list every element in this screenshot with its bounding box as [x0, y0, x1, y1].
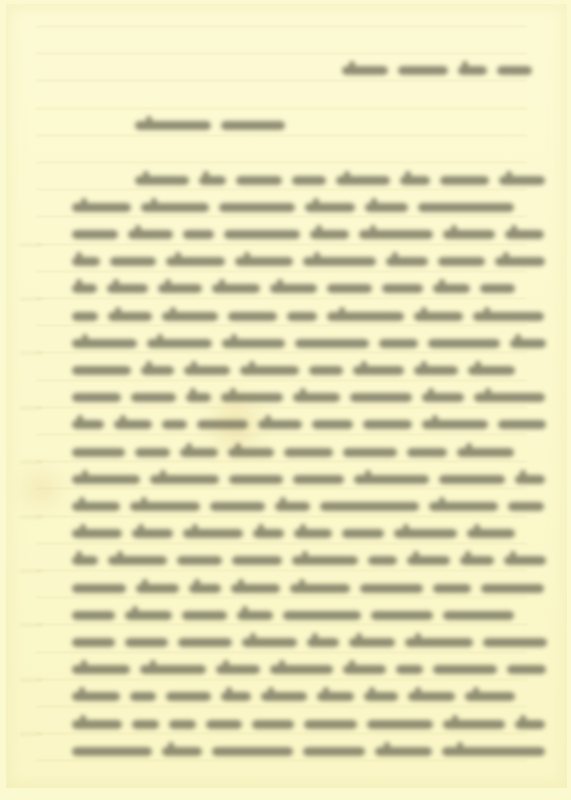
- handwritten-word: [495, 257, 545, 266]
- handwritten-word: [433, 284, 470, 293]
- handwritten-word: [293, 475, 344, 484]
- margin-mark: [20, 298, 42, 300]
- handwritten-word: [460, 556, 494, 565]
- handwritten-word: [440, 176, 489, 185]
- handwritten-word: [275, 502, 310, 511]
- handwritten-word: [294, 529, 332, 538]
- handwritten-word: [212, 747, 293, 756]
- handwritten-word: [150, 475, 219, 484]
- handwritten-word: [221, 692, 251, 701]
- margin-mark: [20, 352, 42, 354]
- handwritten-word: [147, 339, 212, 348]
- handwritten-word: [504, 556, 546, 565]
- handwritten-word: [465, 692, 515, 701]
- handwritten-word: [140, 665, 206, 674]
- handwritten-line: [illegible handwriting]: [72, 605, 514, 625]
- margin-mark: [20, 516, 42, 518]
- handwritten-word: [228, 312, 277, 321]
- handwritten-word: [231, 584, 280, 593]
- handwritten-word: [507, 665, 546, 674]
- handwritten-word: [72, 366, 131, 375]
- handwritten-line: [illegible handwriting]: [72, 741, 545, 761]
- handwritten-word: [141, 203, 209, 212]
- handwritten-word: [219, 203, 295, 212]
- handwritten-word: [365, 203, 408, 212]
- handwritten-word: [258, 420, 302, 429]
- handwritten-word: [287, 312, 317, 321]
- handwritten-word: [166, 692, 211, 701]
- handwritten-word: [189, 584, 221, 593]
- handwritten-line: [illegible handwriting]: [135, 170, 545, 190]
- handwritten-word: [206, 720, 242, 729]
- handwritten-word: [72, 475, 140, 484]
- ruling-line: [36, 26, 527, 27]
- handwritten-word: [72, 284, 97, 293]
- handwritten-word: [290, 584, 350, 593]
- handwritten-word: [429, 502, 498, 511]
- handwritten-word: [72, 529, 122, 538]
- handwritten-line: [illegible handwriting]: [72, 388, 545, 408]
- ruling-line: [36, 108, 527, 109]
- handwritten-word: [72, 584, 126, 593]
- handwritten-word: [458, 66, 487, 75]
- handwritten-word: [125, 611, 172, 620]
- handwritten-word: [303, 257, 376, 266]
- handwritten-word: [353, 366, 404, 375]
- handwritten-word: [342, 66, 388, 75]
- handwritten-line: [illegible handwriting]: [72, 360, 515, 380]
- handwritten-line: [illegible handwriting]: [72, 252, 545, 272]
- handwritten-word: [312, 420, 353, 429]
- handwritten-word: [240, 366, 299, 375]
- handwritten-word: [72, 665, 130, 674]
- handwritten-line: [illegible handwriting]: [72, 469, 545, 489]
- handwritten-word: [303, 747, 365, 756]
- margin-mark: [20, 570, 42, 572]
- handwritten-word: [307, 638, 339, 647]
- handwritten-word: [498, 420, 546, 429]
- handwritten-word: [197, 420, 248, 429]
- handwritten-word: [162, 747, 202, 756]
- handwritten-word: [418, 203, 514, 212]
- ruling-line: [36, 162, 527, 163]
- handwritten-word: [162, 312, 218, 321]
- handwritten-word: [210, 502, 265, 511]
- handwritten-word: [394, 529, 457, 538]
- handwritten-word: [327, 312, 404, 321]
- handwritten-word: [131, 393, 176, 402]
- handwritten-word: [396, 665, 423, 674]
- paper-stain: [26, 474, 56, 504]
- handwritten-word: [508, 502, 544, 511]
- margin-mark: [20, 244, 42, 246]
- ruling-line: [36, 80, 527, 81]
- handwritten-word: [72, 312, 98, 321]
- handwritten-word: [110, 257, 156, 266]
- handwritten-line: [illegible handwriting]: [72, 306, 544, 326]
- handwritten-word: [407, 556, 450, 565]
- handwritten-word: [305, 203, 355, 212]
- handwritten-word: [443, 611, 514, 620]
- handwritten-word: [72, 339, 137, 348]
- handwritten-word: [135, 448, 170, 457]
- handwritten-word: [128, 230, 173, 239]
- handwritten-line: [illegible handwriting]: [72, 551, 546, 571]
- handwritten-word: [320, 502, 419, 511]
- handwritten-word: [132, 529, 173, 538]
- handwritten-word: [433, 584, 471, 593]
- handwritten-word: [72, 638, 115, 647]
- handwritten-word: [407, 448, 447, 457]
- handwritten-line: [illegible handwriting]: [72, 415, 546, 435]
- handwritten-word: [295, 339, 369, 348]
- handwritten-line: [illegible handwriting]: [72, 279, 515, 299]
- handwritten-word: [242, 638, 297, 647]
- handwritten-word: [379, 339, 418, 348]
- margin-mark: [20, 407, 42, 409]
- handwritten-word: [162, 420, 187, 429]
- handwritten-word: [72, 448, 125, 457]
- handwritten-word: [261, 692, 307, 701]
- handwritten-word: [386, 257, 428, 266]
- handwritten-word: [72, 720, 122, 729]
- handwritten-word: [354, 475, 429, 484]
- handwritten-line: [illegible handwriting]: [72, 496, 544, 516]
- handwritten-word: [158, 284, 202, 293]
- handwritten-word: [515, 475, 545, 484]
- handwritten-line: [illegible handwriting]: [72, 197, 514, 217]
- handwritten-word: [221, 121, 285, 130]
- handwritten-word: [72, 393, 121, 402]
- handwritten-word: [252, 720, 294, 729]
- handwritten-word: [371, 611, 433, 620]
- handwritten-word: [497, 66, 532, 75]
- handwritten-word: [480, 284, 515, 293]
- handwritten-word: [253, 529, 284, 538]
- handwritten-word: [235, 257, 293, 266]
- handwritten-word: [350, 393, 412, 402]
- handwritten-word: [292, 176, 326, 185]
- handwritten-word: [468, 366, 515, 375]
- handwritten-word: [182, 611, 227, 620]
- handwritten-word: [72, 203, 131, 212]
- handwritten-word: [169, 720, 196, 729]
- handwritten-word: [510, 339, 546, 348]
- handwritten-word: [72, 747, 152, 756]
- handwritten-word: [382, 284, 423, 293]
- handwritten-word: [443, 230, 495, 239]
- handwritten-word: [212, 284, 260, 293]
- handwritten-word: [216, 665, 260, 674]
- handwritten-word: [343, 448, 397, 457]
- handwritten-word: [483, 638, 547, 647]
- handwritten-word: [310, 230, 349, 239]
- handwritten-line: [illegible handwriting]: [72, 660, 546, 680]
- handwritten-word: [270, 665, 333, 674]
- handwritten-word: [199, 176, 226, 185]
- handwritten-word: [224, 230, 300, 239]
- handwritten-word: [481, 584, 544, 593]
- handwritten-word: [72, 611, 115, 620]
- handwritten-word: [363, 420, 412, 429]
- handwritten-word: [107, 284, 148, 293]
- handwritten-word: [232, 556, 282, 565]
- handwritten-word: [360, 584, 423, 593]
- handwritten-word: [136, 584, 179, 593]
- handwritten-word: [177, 556, 222, 565]
- margin-mark: [20, 624, 42, 626]
- handwritten-word: [443, 720, 505, 729]
- handwritten-word: [183, 529, 243, 538]
- handwritten-word: [408, 692, 455, 701]
- handwritten-word: [375, 747, 432, 756]
- handwritten-word: [438, 257, 485, 266]
- margin-mark: [20, 461, 42, 463]
- handwritten-word: [327, 284, 372, 293]
- handwritten-word: [284, 448, 333, 457]
- handwritten-word: [422, 420, 488, 429]
- handwritten-word: [222, 339, 285, 348]
- handwritten-word: [473, 312, 544, 321]
- handwritten-word: [457, 448, 514, 457]
- handwritten-line: [illegible handwriting]: [72, 632, 547, 652]
- handwritten-line: [illegible handwriting]: [72, 524, 515, 544]
- handwritten-word: [414, 366, 458, 375]
- handwritten-word: [442, 747, 545, 756]
- handwritten-word: [228, 448, 274, 457]
- handwritten-word: [467, 529, 515, 538]
- handwritten-word: [166, 257, 225, 266]
- handwritten-word: [135, 176, 189, 185]
- handwritten-line: [illegible handwriting]: [72, 714, 545, 734]
- handwritten-word: [186, 393, 211, 402]
- handwritten-word: [359, 230, 433, 239]
- handwritten-word: [336, 176, 390, 185]
- salutation: [illegible salutation, ends with !]: [135, 115, 285, 135]
- handwritten-word: [505, 230, 544, 239]
- handwritten-word: [72, 230, 118, 239]
- margin-mark: [20, 679, 42, 681]
- handwritten-word: [130, 502, 200, 511]
- handwritten-word: [183, 230, 214, 239]
- handwritten-word: [499, 176, 545, 185]
- handwritten-word: [72, 556, 98, 565]
- handwritten-line: [illegible handwriting]: [72, 224, 544, 244]
- handwritten-line: [illegible handwriting]: [72, 687, 515, 707]
- handwritten-word: [236, 176, 282, 185]
- handwritten-word: [364, 692, 398, 701]
- handwritten-word: [304, 720, 357, 729]
- handwritten-word: [221, 393, 283, 402]
- handwritten-word: [141, 366, 174, 375]
- handwritten-word: [433, 665, 497, 674]
- handwritten-line: [illegible handwriting]: [72, 442, 514, 462]
- handwritten-word: [178, 638, 232, 647]
- handwritten-word: [368, 556, 397, 565]
- handwritten-word: [292, 556, 358, 565]
- handwritten-word: [414, 312, 463, 321]
- handwritten-word: [439, 475, 505, 484]
- handwritten-word: [293, 393, 340, 402]
- handwritten-word: [515, 720, 545, 729]
- handwritten-word: [72, 420, 104, 429]
- handwritten-word: [130, 692, 156, 701]
- handwritten-word: [132, 720, 159, 729]
- handwritten-word: [108, 312, 152, 321]
- handwritten-word: [422, 393, 464, 402]
- handwritten-word: [237, 611, 273, 620]
- handwritten-word: [283, 611, 361, 620]
- handwritten-word: [317, 692, 354, 701]
- handwritten-word: [108, 556, 167, 565]
- handwritten-word: [135, 121, 211, 130]
- handwritten-word: [72, 692, 120, 701]
- handwritten-word: [398, 66, 448, 75]
- handwritten-word: [229, 475, 283, 484]
- handwritten-word: [180, 448, 218, 457]
- handwritten-word: [342, 529, 384, 538]
- handwritten-word: [367, 720, 433, 729]
- ruling-line: [36, 53, 527, 54]
- handwritten-word: [270, 284, 317, 293]
- handwritten-line: [illegible handwriting]: [72, 333, 546, 353]
- handwritten-word: [343, 665, 386, 674]
- handwritten-word: [72, 257, 100, 266]
- handwritten-line: [illegible handwriting]: [72, 578, 544, 598]
- handwritten-word: [72, 502, 120, 511]
- handwritten-word: [349, 638, 395, 647]
- handwritten-word: [309, 366, 343, 375]
- handwritten-word: [400, 176, 430, 185]
- handwritten-word: [125, 638, 168, 647]
- dateline: [illegible dateline: place, date]: [342, 60, 532, 80]
- margin-mark: [20, 733, 42, 735]
- handwritten-word: [184, 366, 230, 375]
- handwritten-word: [114, 420, 152, 429]
- handwritten-word: [405, 638, 473, 647]
- handwritten-word: [428, 339, 500, 348]
- handwritten-word: [474, 393, 545, 402]
